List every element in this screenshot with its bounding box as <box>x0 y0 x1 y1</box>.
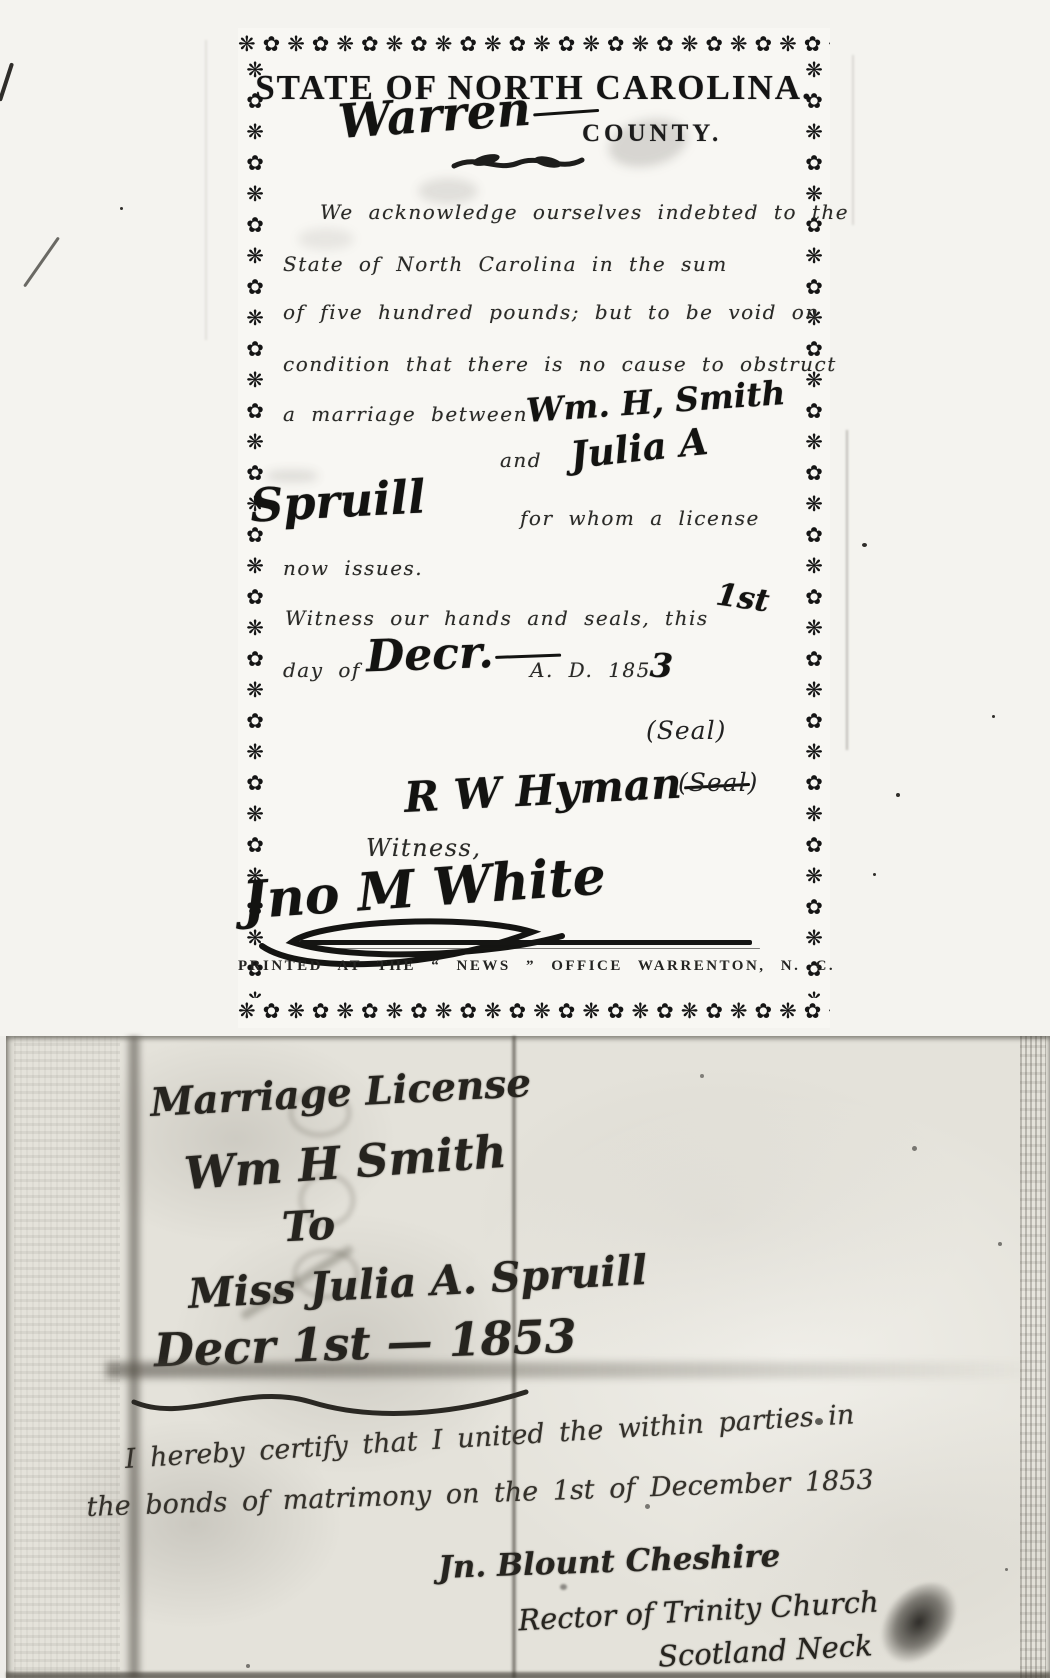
seal-annotation-bottom: (Seal) <box>678 768 758 797</box>
endorsement-line-3: To <box>281 1201 337 1252</box>
county-label: COUNTY. <box>582 120 722 148</box>
bond-text-line-4: condition that there is no cause to obst… <box>283 352 837 376</box>
paper-edge-right <box>1020 1036 1046 1678</box>
paper-crease <box>852 55 854 225</box>
header-ornament-icon <box>448 150 588 176</box>
paper-crease <box>205 40 207 340</box>
paper-crease <box>846 430 848 750</box>
year-digit-handwritten: 3 <box>649 645 674 685</box>
bond-text-line-7: now issues. <box>283 556 423 580</box>
scan-front-bond: ❋✿❋✿❋✿❋✿❋✿❋✿❋✿❋✿❋✿❋✿❋✿❋✿❋✿❋✿❋✿❋✿❋✿❋✿❋✿❋✿… <box>0 0 1050 1036</box>
scanned-marriage-bond-page: { "colors": { "ink": "#131311", "front_p… <box>0 0 1050 1678</box>
bond-text-line-9: day of <box>283 658 361 682</box>
fold-crease-left <box>124 1036 144 1678</box>
ornamental-border-top: ❋✿❋✿❋✿❋✿❋✿❋✿❋✿❋✿❋✿❋✿❋✿❋✿❋✿❋✿❋✿❋✿❋✿❋✿❋✿❋✿… <box>238 28 830 61</box>
ink-speck <box>992 715 995 718</box>
officiant-place: Scotland Neck <box>657 1628 873 1673</box>
date-flourish-icon <box>126 1380 536 1426</box>
and-label: and <box>500 448 542 472</box>
ink-speck <box>1005 1568 1008 1571</box>
ink-speck <box>815 1418 823 1425</box>
bride-surname-handwritten: Spruill <box>249 469 427 532</box>
ink-speck <box>700 1074 704 1078</box>
bond-text-line-1: We acknowledge ourselves indebted to the <box>320 200 849 224</box>
groom-name-handwritten: Wm. H, Smith <box>525 373 787 430</box>
ornamental-border-right: ❋✿❋✿❋✿❋✿❋✿❋✿❋✿❋✿❋✿❋✿❋✿❋✿❋✿❋✿❋✿❋✿❋✿❋✿❋✿❋✿… <box>797 58 830 998</box>
edge-scratch <box>0 62 14 101</box>
ink-speck <box>560 1584 567 1590</box>
ink-speck <box>862 543 867 547</box>
certification-line-2: the bonds of matrimony on the 1st of Dec… <box>86 1465 874 1523</box>
marriage-bond-form: ❋✿❋✿❋✿❋✿❋✿❋✿❋✿❋✿❋✿❋✿❋✿❋✿❋✿❋✿❋✿❋✿❋✿❋✿❋✿❋✿… <box>238 28 830 1028</box>
printer-imprint: PRINTED AT THE “ NEWS ” OFFICE WARRENTON… <box>238 958 830 975</box>
officiant-title: Rector of Trinity Church <box>517 1585 879 1638</box>
endorsement-line-4: Miss Julia A. Spruill <box>187 1246 648 1318</box>
footer-rule <box>300 940 752 945</box>
bond-text-line-5: a marriage between <box>283 402 528 426</box>
ornamental-border-bottom: ❋✿❋✿❋✿❋✿❋✿❋✿❋✿❋✿❋✿❋✿❋✿❋✿❋✿❋✿❋✿❋✿❋✿❋✿❋✿❋✿… <box>238 995 830 1028</box>
ink-speck <box>645 1504 650 1509</box>
fold-crease-horizontal <box>106 1362 1046 1378</box>
year-printed-prefix: A. D. 185 <box>530 658 651 682</box>
scan-back-endorsement: Marriage License Wm H Smith To Miss Juli… <box>6 1036 1050 1678</box>
paper-panel-texture <box>14 1036 120 1678</box>
bride-firstname-handwritten: Julia A <box>568 419 710 477</box>
seal-annotation-top: (Seal) <box>646 716 726 745</box>
ink-smudge <box>298 228 354 250</box>
ink-speck <box>896 793 900 797</box>
ink-speck <box>998 1242 1002 1246</box>
ink-speck <box>873 873 876 876</box>
ink-speck <box>912 1146 917 1151</box>
ink-blot <box>865 1565 974 1678</box>
ink-speck <box>246 1664 250 1668</box>
bond-text-line-2: State of North Carolina in the sum <box>283 252 728 276</box>
ink-speck <box>120 207 123 210</box>
paper-edge-bottom <box>6 1672 1050 1678</box>
day-handwritten: 1st <box>714 576 772 619</box>
bond-text-line-6: for whom a license <box>520 506 760 530</box>
footer-rule-echo <box>330 948 760 949</box>
bond-text-line-3: of five hundred pounds; but to be void o… <box>283 300 820 324</box>
edge-scratch <box>23 237 60 288</box>
officiant-signature: Jn. Blount Cheshire <box>437 1538 780 1586</box>
endorsement-line-2: Wm H Smith <box>183 1125 509 1200</box>
